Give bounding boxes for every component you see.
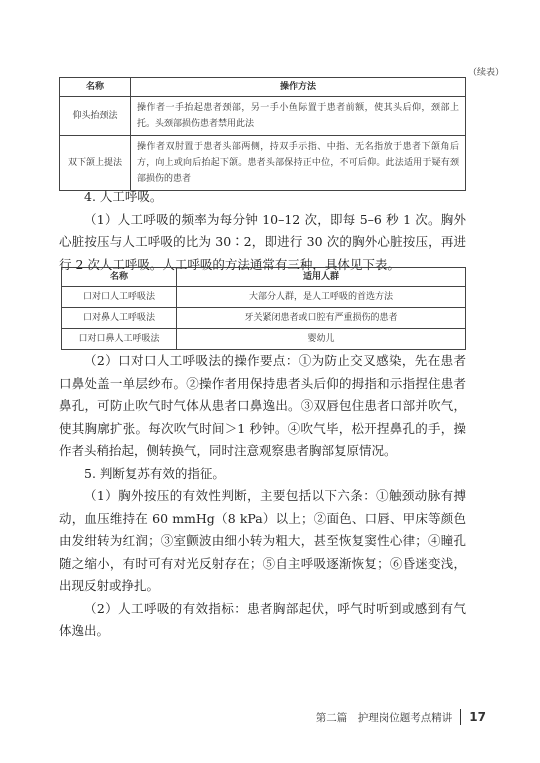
column-header-name: 名称: [60, 78, 131, 97]
paragraph: （2）口对口人工呼吸法的操作要点：①为防止交叉感染，先在患者口鼻处盖一单层纱布。…: [59, 350, 466, 463]
table-row: 口对口鼻人工呼吸法 婴幼儿: [62, 329, 466, 350]
page-number: 17: [469, 710, 486, 724]
paragraph: （1）胸外按压的有效性判断，主要包括以下六条：①触颈动脉有搏动，血压维持在 60…: [59, 485, 466, 598]
applicable-group: 大部分人群，是人工呼吸的首选方法: [177, 287, 466, 308]
column-header-method: 操作方法: [131, 78, 466, 97]
table-header-row: 名称 适用人群: [62, 268, 466, 287]
method-name: 双下颌上提法: [60, 136, 131, 191]
applicable-group: 婴幼儿: [177, 329, 466, 350]
table-row: 仰头抬颈法 操作者一手抬起患者颈部，另一手小鱼际置于患者前额，使其头后仰，颈部上…: [60, 97, 466, 136]
method-name: 口对口人工呼吸法: [62, 287, 177, 308]
method-description: 操作者一手抬起患者颈部，另一手小鱼际置于患者前额，使其头后仰，颈部上托。头颈部损…: [131, 97, 466, 136]
section-5-text: （2）口对口人工呼吸法的操作要点：①为防止交叉感染，先在患者口鼻处盖一单层纱布。…: [59, 350, 466, 643]
table-header-row: 名称 操作方法: [60, 78, 466, 97]
paragraph: （1）人工呼吸的频率为每分钟 10–12 次，即每 5–6 秒 1 次。胸外心脏…: [59, 209, 466, 277]
artificial-respiration-table: 名称 适用人群 口对口人工呼吸法 大部分人群，是人工呼吸的首选方法 口对鼻人工呼…: [61, 267, 466, 350]
paragraph: （2）人工呼吸的有效指标：患者胸部起伏，呼气时听到或感到有气体逸出。: [59, 598, 466, 643]
column-header-group: 适用人群: [177, 268, 466, 287]
page-footer: 第二篇 护理岗位题考点精讲 17: [316, 709, 486, 725]
continued-table-label: （续表）: [468, 65, 504, 78]
table-row: 双下颌上提法 操作者双肘置于患者头部两侧，持双手示指、中指、无名指放于患者下颌角…: [60, 136, 466, 191]
method-description: 操作者双肘置于患者头部两侧，持双手示指、中指、无名指放于患者下颌角后方，向上或向…: [131, 136, 466, 191]
method-name: 仰头抬颈法: [60, 97, 131, 136]
section-heading: 5. 判断复苏有效的指征。: [59, 463, 466, 486]
applicable-group: 牙关紧闭患者或口腔有严重损伤的患者: [177, 308, 466, 329]
footer-divider: [460, 709, 461, 725]
method-name: 口对鼻人工呼吸法: [62, 308, 177, 329]
section-4-text: 4. 人工呼吸。 （1）人工呼吸的频率为每分钟 10–12 次，即每 5–6 秒…: [59, 186, 466, 276]
section-heading: 4. 人工呼吸。: [59, 186, 466, 209]
airway-methods-table: 名称 操作方法 仰头抬颈法 操作者一手抬起患者颈部，另一手小鱼际置于患者前额，使…: [59, 77, 466, 191]
section-title: 第二篇 护理岗位题考点精讲: [316, 710, 453, 725]
table-row: 口对鼻人工呼吸法 牙关紧闭患者或口腔有严重损伤的患者: [62, 308, 466, 329]
table-row: 口对口人工呼吸法 大部分人群，是人工呼吸的首选方法: [62, 287, 466, 308]
column-header-name: 名称: [62, 268, 177, 287]
method-name: 口对口鼻人工呼吸法: [62, 329, 177, 350]
